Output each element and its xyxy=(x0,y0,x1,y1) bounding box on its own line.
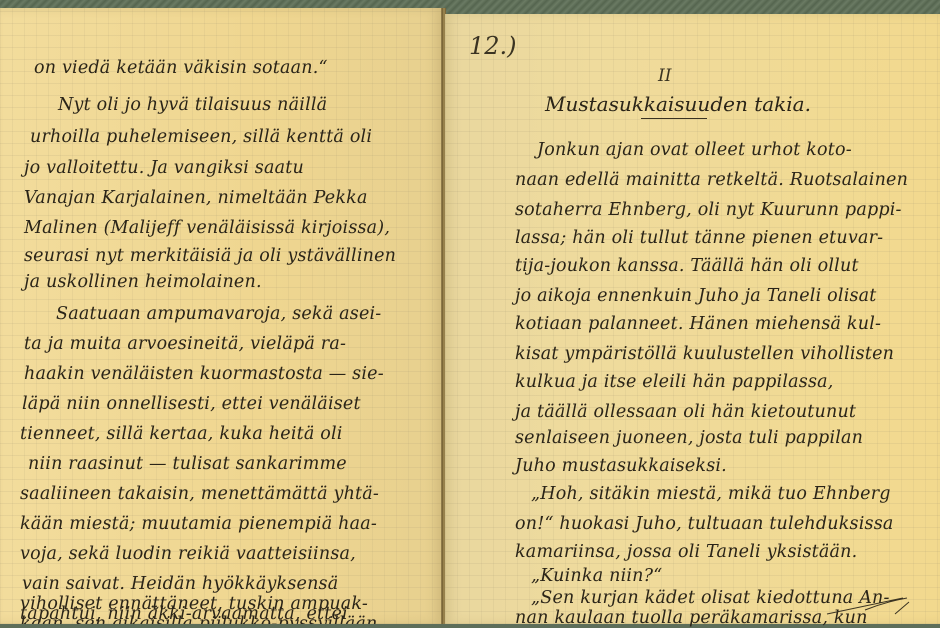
text-line: Jonkun ajan ovat olleet urhot koto- xyxy=(537,140,852,160)
text-line: kään miestä; muutamia pienempiä haa- xyxy=(20,514,377,534)
chapter-title: Mustasukkaisuuden takia. xyxy=(545,92,811,116)
text-line: Juho mustasukkaiseksi. xyxy=(515,456,727,476)
text-line: ta ja muita arvoesineitä, vieläpä ra- xyxy=(24,334,346,354)
text-line: jo aikoja ennenkuin Juho ja Taneli olisa… xyxy=(515,286,877,306)
page-number: 12.) xyxy=(469,32,517,60)
text-line: on!“ huokasi Juho, tultuaan tulehduksiss… xyxy=(515,514,894,534)
right-page: 12.) II Mustasukkaisuuden takia. Jonkun … xyxy=(445,14,940,624)
text-line: urhoilla puhelemiseen, sillä kenttä oli xyxy=(30,127,372,147)
text-line: Nyt oli jo hyvä tilaisuus näillä xyxy=(58,95,327,115)
text-line: jo valloitettu. Ja vangiksi saatu xyxy=(24,158,304,178)
text-line: läpä niin onnellisesti, ettei venäläiset xyxy=(22,394,361,414)
text-line: Vanajan Karjalainen, nimeltään Pekka xyxy=(24,188,368,208)
text-line: nan kaulaan tuolla peräkamarissa, kun xyxy=(515,608,868,624)
left-page: on viedä ketään väkisin sotaan.“ Nyt oli… xyxy=(0,8,443,624)
text-line: kaan, sen aikaisilla piilukko-pyssyillää… xyxy=(20,614,383,624)
text-line: kamariinsa, jossa oli Taneli yksistään. xyxy=(515,542,857,562)
text-line: ja uskollinen heimolainen. xyxy=(24,272,262,292)
chapter-numeral: II xyxy=(658,66,671,86)
text-line: lassa; hän oli tullut tänne pienen etuva… xyxy=(515,228,883,248)
text-line: saaliineen takaisin, menettämättä yhtä- xyxy=(20,484,379,504)
pen-flourish-icon xyxy=(825,592,915,618)
text-line: viholliset ennättäneet, tuskin ampuak- xyxy=(20,594,368,614)
text-line: kotiaan palanneet. Hänen miehensä kul- xyxy=(515,314,881,334)
text-line: senlaiseen juoneen, josta tuli pappilan xyxy=(515,428,863,448)
text-line: tienneet, sillä kertaa, kuka heitä oli xyxy=(20,424,343,444)
text-line: kulkua ja itse eleili hän pappilassa, xyxy=(515,372,834,392)
text-line: kisat ympäristöllä kuulustellen vihollis… xyxy=(515,344,894,364)
text-line: on viedä ketään väkisin sotaan.“ xyxy=(34,58,328,78)
text-line: sotaherra Ehnberg, oli nyt Kuurunn pappi… xyxy=(515,200,902,220)
text-line: Saatuaan ampumavaroja, sekä asei- xyxy=(56,304,381,324)
text-line: „Hoh, sitäkin miestä, mikä tuo Ehnberg xyxy=(531,484,891,504)
title-underline xyxy=(641,118,707,119)
text-line: haakin venäläisten kuormastosta — sie- xyxy=(24,364,384,384)
text-line: ja täällä ollessaan oli hän kietoutunut xyxy=(515,402,856,422)
text-line: Malinen (Malijeff venäläisissä kirjoissa… xyxy=(24,218,390,238)
text-line: „Kuinka niin?“ xyxy=(531,566,662,586)
text-line: seurasi nyt merkitäisiä ja oli ystävälli… xyxy=(24,246,396,266)
text-line: naan edellä mainitta retkeltä. Ruotsalai… xyxy=(515,170,908,190)
text-line: niin raasinut — tulisat sankarimme xyxy=(28,454,347,474)
text-line: tija-joukon kanssa. Täällä hän oli ollut xyxy=(515,256,859,276)
text-line: vain saivat. Heidän hyökkäyksensä xyxy=(22,574,338,594)
text-line: voja, sekä luodin reikiä vaatteisiinsa, xyxy=(20,544,356,564)
